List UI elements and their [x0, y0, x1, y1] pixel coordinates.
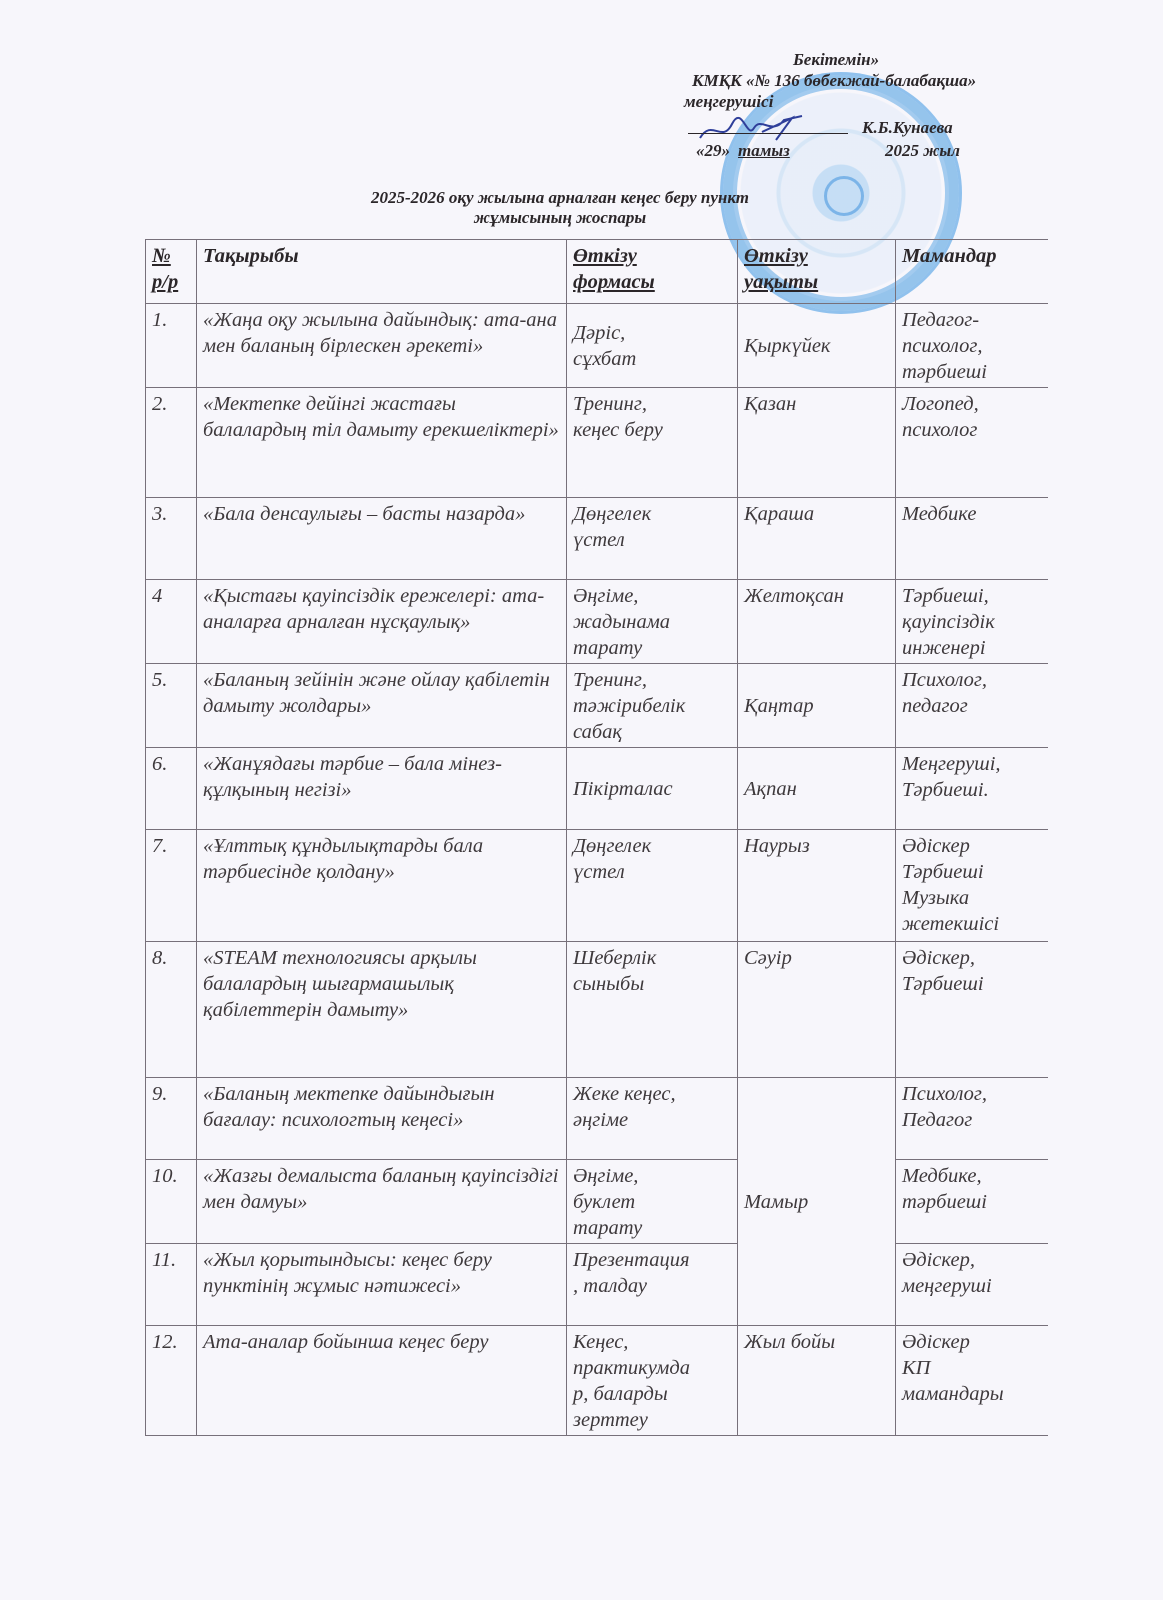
cell-time: Қазан — [738, 388, 896, 498]
cell-form: Әңгіме, жадынама тарату — [567, 580, 738, 664]
cell-specialists: Медбике — [896, 498, 1048, 580]
approval-heading: Бекітемін» — [793, 50, 879, 70]
cell-topic: «Бала денсаулығы – басты назарда» — [197, 498, 567, 580]
cell-number: 12. — [146, 1326, 197, 1436]
cell-number: 2. — [146, 388, 197, 498]
cell-form: Шеберлік сыныбы — [567, 942, 738, 1078]
table-row: 8.«STEAM технологиясы арқылы балалардың … — [146, 942, 1048, 1078]
table-row: 10.«Жазғы демалыста баланың қауіпсіздігі… — [146, 1160, 1048, 1244]
approval-date-month: тамыз — [738, 141, 863, 161]
cell-form: Пікірталас — [567, 748, 738, 830]
cell-number: 8. — [146, 942, 197, 1078]
approval-date-day: «29» — [696, 141, 730, 161]
approval-position: меңгерушісі — [684, 92, 773, 112]
cell-time: Наурыз — [738, 830, 896, 942]
header-form: Өткізу формасы — [567, 240, 738, 304]
cell-number: 5. — [146, 664, 197, 748]
cell-specialists: Психолог, педагог — [896, 664, 1048, 748]
cell-topic: «STEAM технологиясы арқылы балалардың шы… — [197, 942, 567, 1078]
cell-number: 4 — [146, 580, 197, 664]
header-number: № р/р — [146, 240, 197, 304]
document-title-line1: 2025-2026 оқу жылына арналған кеңес беру… — [280, 188, 840, 208]
approval-organization: КМҚК «№ 136 бөбекжай-балабақша» — [692, 71, 976, 91]
cell-number: 11. — [146, 1244, 197, 1326]
table-row: 7.«Ұлттық құндылықтарды бала тәрбиесінде… — [146, 830, 1048, 942]
document-title: 2025-2026 оқу жылына арналған кеңес беру… — [280, 188, 840, 228]
table-row: 11.«Жыл қорытындысы: кеңес беру пунктіні… — [146, 1244, 1048, 1326]
header-time: Өткізу уақыты — [738, 240, 896, 304]
cell-number: 6. — [146, 748, 197, 830]
cell-time: Сәуір — [738, 942, 896, 1078]
cell-number: 7. — [146, 830, 197, 942]
header-topic: Тақырыбы — [197, 240, 567, 304]
cell-time: Қараша — [738, 498, 896, 580]
cell-topic: «Мектепке дейінгі жастағы балалардың тіл… — [197, 388, 567, 498]
header-specialists: Мамандар — [896, 240, 1048, 304]
table-row: 3.«Бала денсаулығы – басты назарда»Дөңге… — [146, 498, 1048, 580]
cell-specialists: Әдіскер Тәрбиеші Музыка жетекшісі — [896, 830, 1048, 942]
cell-time: Қаңтар — [738, 664, 896, 748]
cell-form: Презентация , талдау — [567, 1244, 738, 1326]
cell-time: Желтоқсан — [738, 580, 896, 664]
cell-topic: «Баланың мектепке дайындығын бағалау: пс… — [197, 1078, 567, 1160]
cell-form: Кеңес, практикумда р, баларды зерттеу — [567, 1326, 738, 1436]
consultation-plan-table: № р/р Тақырыбы Өткізу формасы Өткізу уақ… — [145, 239, 1048, 1436]
approval-date-year: 2025 жыл — [885, 141, 960, 161]
table-header-row: № р/р Тақырыбы Өткізу формасы Өткізу уақ… — [146, 240, 1048, 304]
cell-topic: Ата-аналар бойынша кеңес беру — [197, 1326, 567, 1436]
cell-specialists: Меңгеруші, Тәрбиеші. — [896, 748, 1048, 830]
cell-specialists: Әдіскер, меңгеруші — [896, 1244, 1048, 1326]
cell-topic: «Жанұядағы тәрбие – бала мінез-құлқының … — [197, 748, 567, 830]
cell-topic: «Жазғы демалыста баланың қауіпсіздігі ме… — [197, 1160, 567, 1244]
cell-topic: «Қыстағы қауіпсіздік ережелері: ата-анал… — [197, 580, 567, 664]
cell-specialists: Әдіскер, Тәрбиеші — [896, 942, 1048, 1078]
table-row: 4«Қыстағы қауіпсіздік ережелері: ата-ана… — [146, 580, 1048, 664]
document-title-line2: жұмысының жоспары — [280, 208, 840, 228]
cell-time: Мамыр — [738, 1078, 896, 1326]
cell-specialists: Психолог, Педагог — [896, 1078, 1048, 1160]
table-row: 2.«Мектепке дейінгі жастағы балалардың т… — [146, 388, 1048, 498]
signature-line — [688, 115, 848, 134]
cell-specialists: Тәрбиеші, қауіпсіздік инженері — [896, 580, 1048, 664]
cell-time: Қыркүйек — [738, 304, 896, 388]
table-row: 12.Ата-аналар бойынша кеңес беруКеңес, п… — [146, 1326, 1048, 1436]
cell-topic: «Баланың зейінін және ойлау қабілетін да… — [197, 664, 567, 748]
cell-form: Дөңгелек үстел — [567, 830, 738, 942]
cell-time: Жыл бойы — [738, 1326, 896, 1436]
cell-number: 9. — [146, 1078, 197, 1160]
cell-specialists: Медбике, тәрбиеші — [896, 1160, 1048, 1244]
table-row: 9.«Баланың мектепке дайындығын бағалау: … — [146, 1078, 1048, 1160]
cell-topic: «Жаңа оқу жылына дайындық: ата-ана мен б… — [197, 304, 567, 388]
cell-form: Әңгіме, буклет тарату — [567, 1160, 738, 1244]
table-row: 1.«Жаңа оқу жылына дайындық: ата-ана мен… — [146, 304, 1048, 388]
cell-form: Тренинг, тәжірибелік сабақ — [567, 664, 738, 748]
cell-form: Тренинг, кеңес беру — [567, 388, 738, 498]
cell-form: Жеке кеңес, әңгіме — [567, 1078, 738, 1160]
cell-specialists: Әдіскер КП мамандары — [896, 1326, 1048, 1436]
approval-signatory: К.Б.Кунаева — [862, 118, 953, 138]
cell-form: Дөңгелек үстел — [567, 498, 738, 580]
cell-specialists: Логопед, психолог — [896, 388, 1048, 498]
table-row: 6.«Жанұядағы тәрбие – бала мінез-құлқыны… — [146, 748, 1048, 830]
table-row: 5. «Баланың зейінін және ойлау қабілетін… — [146, 664, 1048, 748]
cell-time: Ақпан — [738, 748, 896, 830]
cell-number: 1. — [146, 304, 197, 388]
cell-form: Дәріс, сұхбат — [567, 304, 738, 388]
cell-specialists: Педагог- психолог, тәрбиеші — [896, 304, 1048, 388]
cell-topic: «Ұлттық құндылықтарды бала тәрбиесінде қ… — [197, 830, 567, 942]
cell-number: 3. — [146, 498, 197, 580]
cell-topic: «Жыл қорытындысы: кеңес беру пунктінің ж… — [197, 1244, 567, 1326]
cell-number: 10. — [146, 1160, 197, 1244]
